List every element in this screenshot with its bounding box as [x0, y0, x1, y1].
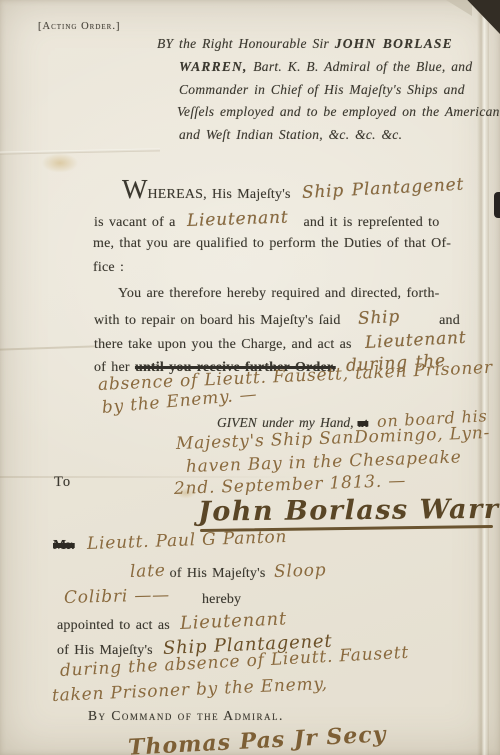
corner-fold [446, 0, 472, 16]
whereas-line-2: is vacant of a Lieutenant and it is repr… [94, 211, 439, 231]
hw-rank: Lieutenant [186, 207, 288, 231]
hw-ship-word: Ship [357, 307, 400, 329]
secretary-signature: Thomas Pas Jr Secy [127, 721, 387, 755]
whereas-line-1: WHEREAS, His Majeſty's Ship Plantagenet [122, 176, 464, 203]
heading-line-4: Veſſels employed and to be employed on t… [177, 104, 500, 120]
of-majestys-printed: of His Majeſty's [170, 566, 266, 581]
paper-crease [0, 345, 95, 350]
of-her-printed: of her [94, 360, 130, 375]
repair-printed: with to repair on board his Majeſty's ſa… [94, 313, 341, 328]
whereas-line-3: me, that you are qualified to perform th… [93, 236, 451, 252]
hw-appointee-name: Lieutt. Paul G Panton [86, 527, 287, 554]
order-line-2: with to repair on board his Majeſty's ſa… [94, 309, 460, 329]
heading-line-1: BY the Right Honourable Sir JOHN BORLASE [157, 36, 453, 52]
hw-sloop: Sloop [273, 560, 326, 582]
edge-stain [494, 192, 500, 218]
whereas-printed: HEREAS, His Majeſty's [147, 187, 290, 202]
hw-late: late [130, 561, 166, 582]
appointee-line: Mr. Lieutt. Paul G Panton [53, 534, 287, 554]
hw-rank-3: Lieutenant [179, 608, 287, 634]
heading-line-5: and Weſt Indian Station, &c. &c. &c. [179, 127, 402, 143]
represented-printed: and it is repreſented to [303, 215, 439, 230]
hereby-printed: hereby [202, 592, 241, 607]
acting-order-label: [Acting Order.] [38, 21, 120, 32]
order-line-3: there take upon you the Charge, and act … [94, 333, 466, 353]
vessel-line: Colibri —— hereby [64, 588, 241, 608]
heading-line-1-text: BY the Right Honourable Sir [157, 36, 335, 51]
heading-name-part2: WARREN, [179, 59, 248, 74]
charge-printed: there take upon you the Charge, and act … [94, 337, 352, 352]
heading-line-2-text: Bart. K. B. Admiral of the Blue, and [248, 59, 473, 74]
by-command-label: By Command of the Admiral. [88, 708, 284, 724]
appointed-printed: appointed to act as [57, 618, 170, 633]
appointed-line: appointed to act as Lieutenant [57, 613, 287, 634]
heading-line-3: Commander in Chief of His Majeſty's Ship… [179, 82, 465, 98]
heading-name-part1: JOHN BORLASE [335, 36, 453, 51]
hw-vessel-name: Colibri —— [64, 585, 170, 608]
vacant-printed: is vacant of a [94, 215, 176, 230]
warren-signature: John Borlass Warren [198, 494, 500, 528]
and-printed: and [439, 313, 460, 328]
drop-cap-w: W [122, 174, 147, 204]
heading-line-2: WARREN, Bart. K. B. Admiral of the Blue,… [179, 59, 472, 75]
paper-crease [0, 148, 160, 154]
hw-rank-2: Lieutenant [364, 328, 466, 353]
whereas-line-4: fice : [93, 260, 124, 276]
of-majestys-printed-2: of His Majeſty's [57, 643, 153, 658]
hw-ship-name: Ship Plantagenet [301, 175, 464, 203]
order-line-1: You are therefore hereby required and di… [118, 286, 440, 302]
late-of-line: late of His Majeſty's Sloop [130, 562, 326, 582]
document-page: [Acting Order.] BY the Right Honourable … [0, 0, 500, 755]
struck-mr: Mr. [53, 538, 75, 553]
to-label: To [54, 474, 71, 491]
